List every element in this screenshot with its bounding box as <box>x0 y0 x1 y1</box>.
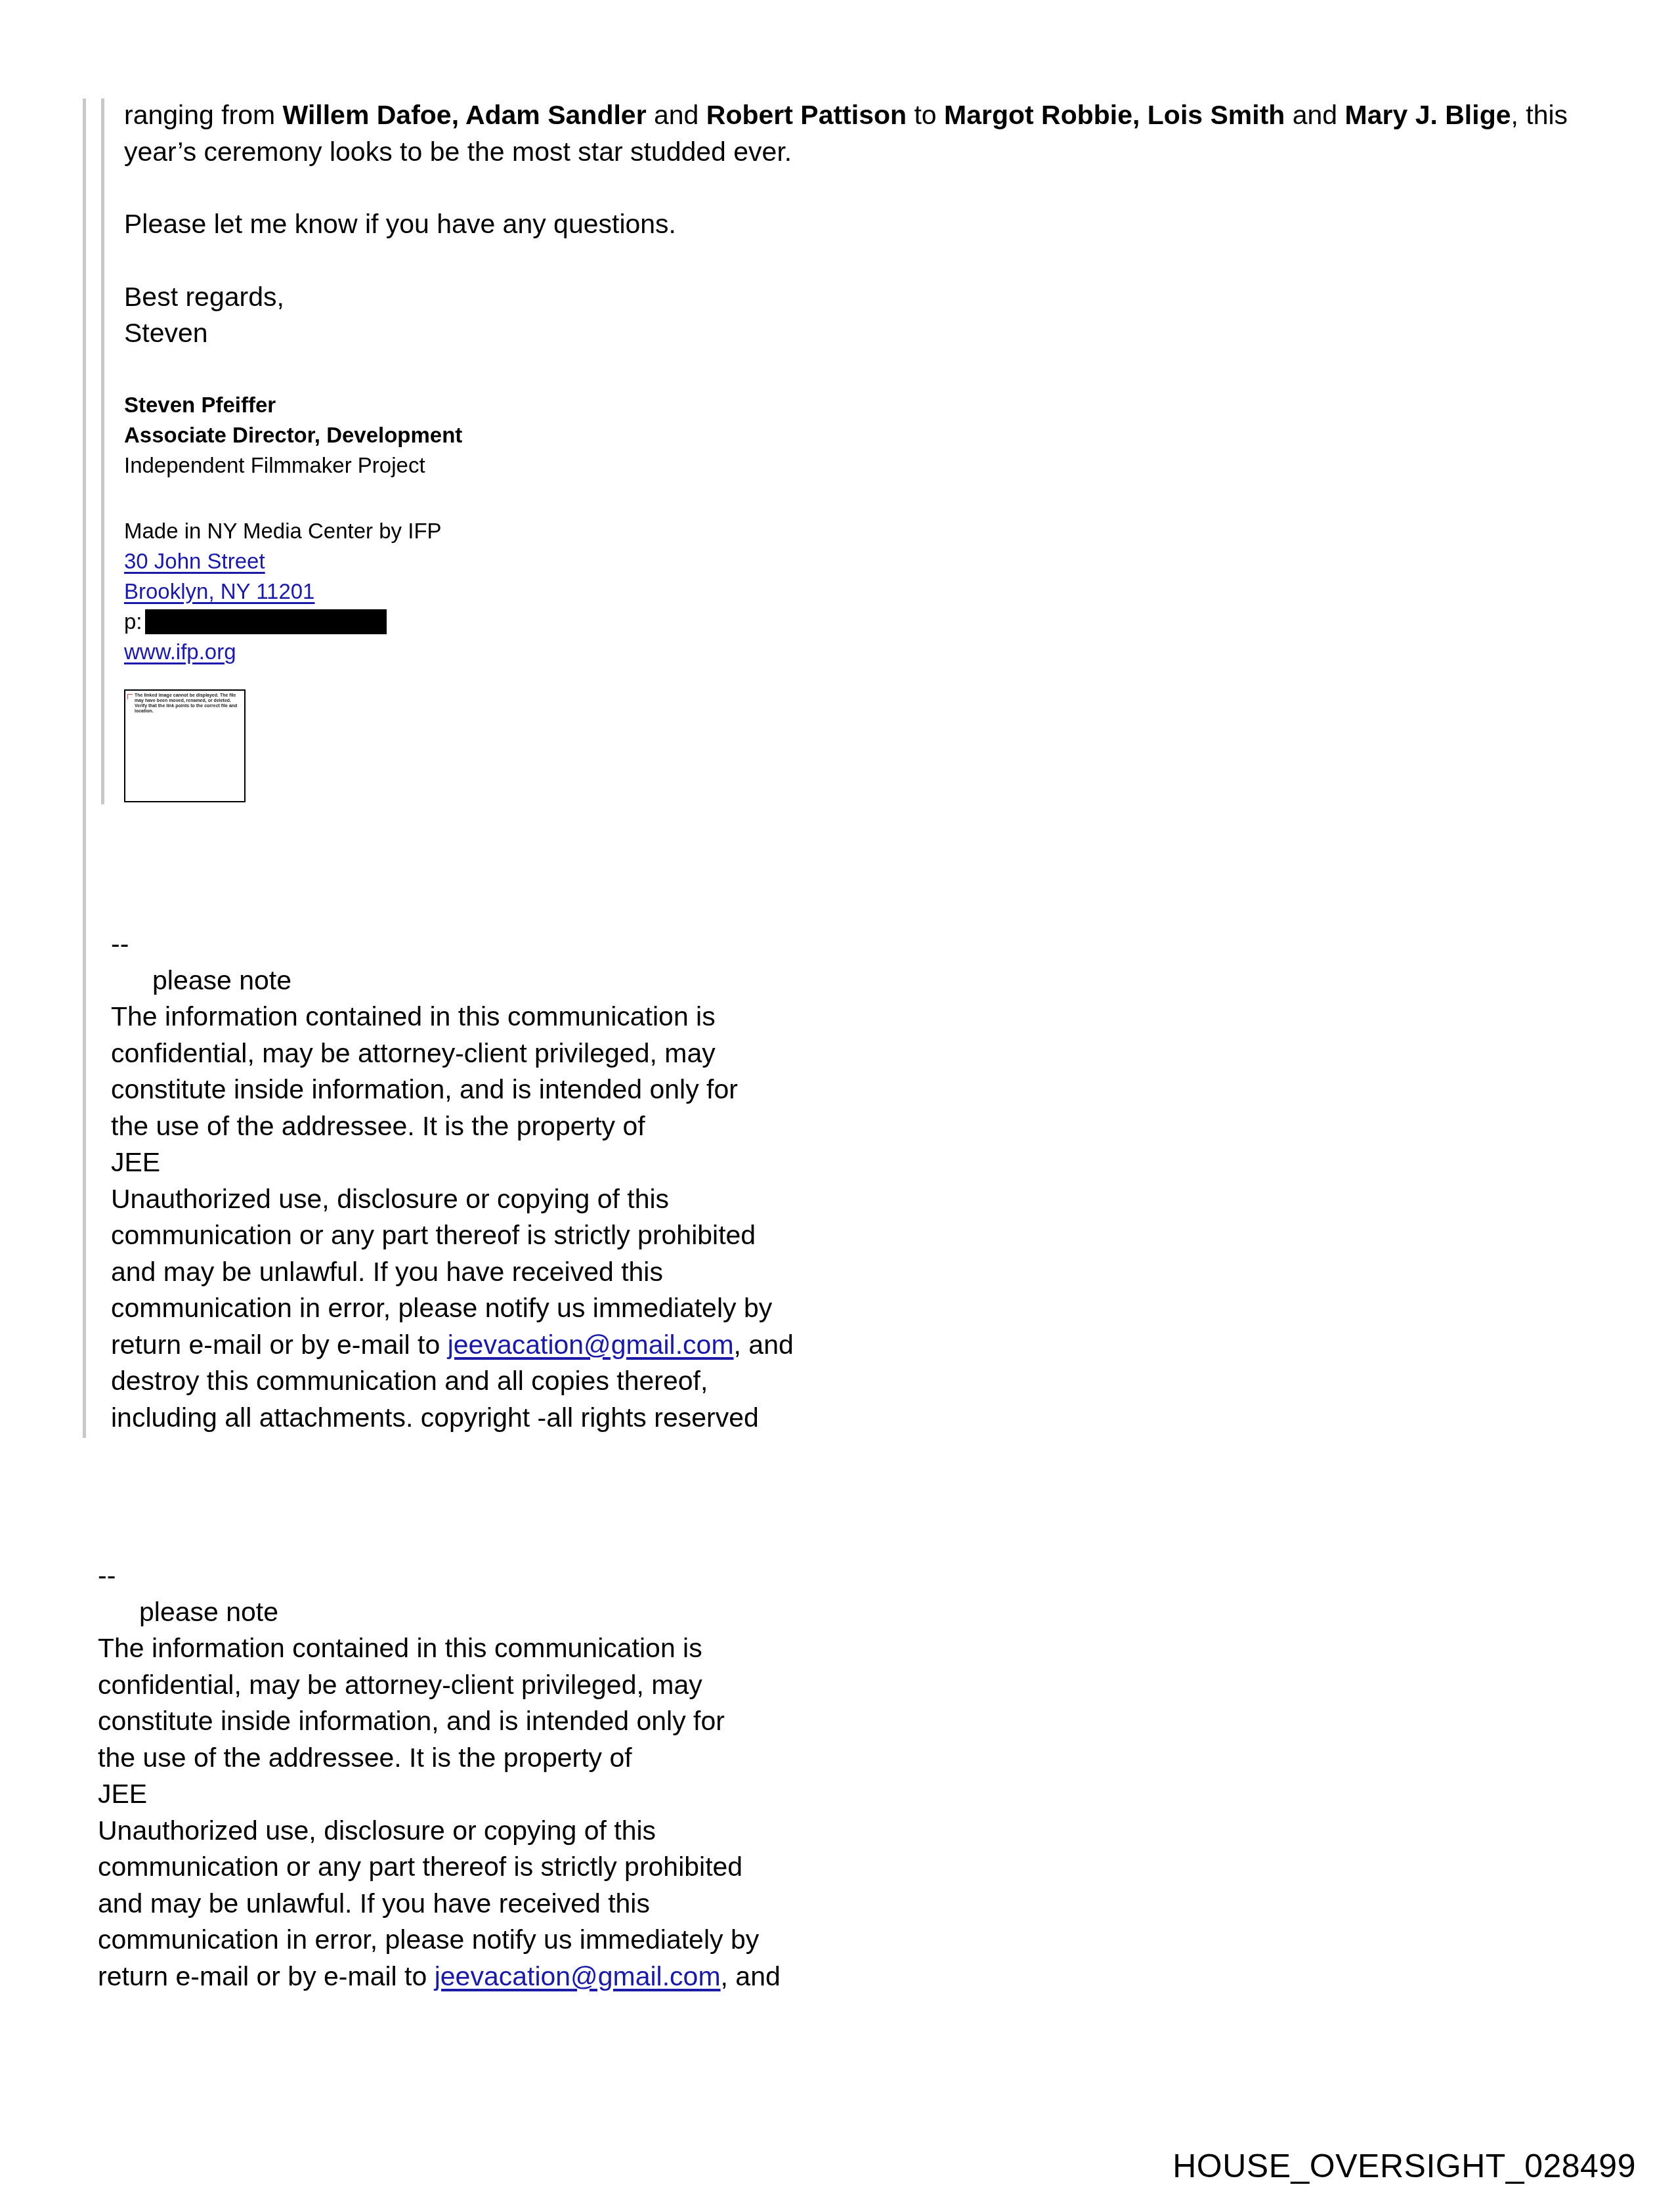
email-line-suffix: , and <box>721 1961 781 1991</box>
signature-venue: Made in NY Media Center by IFP <box>124 516 462 546</box>
disclaimer-closing-lines: destroy this communication and all copie… <box>111 1363 794 1436</box>
disclaimer-line: communication or any part thereof is str… <box>111 1217 794 1254</box>
disclaimer-line: and may be unlawful. If you have receive… <box>111 1254 794 1291</box>
quoted-message-body: ranging from Willem Dafoe, Adam Sandler … <box>124 97 1568 352</box>
disclaimer-email-line: return e-mail or by e-mail to jeevacatio… <box>111 1327 794 1364</box>
actor-names: Margot Robbie, Lois Smith <box>944 100 1285 130</box>
actor-names: Mary J. Blige <box>1345 100 1511 130</box>
actor-names: Robert Pattison <box>706 100 907 130</box>
disclaimer-separator: -- <box>98 1557 781 1594</box>
disclaimer-line: Unauthorized use, disclosure or copying … <box>111 1181 794 1218</box>
disclaimer-email-line: return e-mail or by e-mail to jeevacatio… <box>98 1959 781 1995</box>
email-line-suffix: , and <box>734 1330 794 1360</box>
bates-number: HOUSE_OVERSIGHT_028499 <box>1172 2147 1636 2185</box>
signature-title: Associate Director, Development <box>124 420 462 450</box>
disclaimer-lines: The information contained in this commun… <box>111 999 794 1327</box>
disclaimer-separator: -- <box>111 926 794 963</box>
phone-row: p: <box>124 607 462 637</box>
disclaimer-heading: please note <box>98 1594 781 1631</box>
intro-text: and <box>1285 100 1344 130</box>
disclaimer-line: communication or any part thereof is str… <box>98 1849 781 1886</box>
disclaimer-line: JEE <box>111 1144 794 1181</box>
intro-text: ranging from <box>124 100 283 130</box>
intro-line-1: ranging from Willem Dafoe, Adam Sandler … <box>124 97 1568 134</box>
closing-line: Best regards, <box>124 279 1568 316</box>
disclaimer-line: The information contained in this commun… <box>111 999 794 1035</box>
disclaimer-email-link[interactable]: jeevacation@gmail.com <box>448 1330 734 1360</box>
disclaimer-line: communication in error, please notify us… <box>111 1290 794 1327</box>
address-line1-link[interactable]: 30 John Street <box>124 549 265 573</box>
broken-image-placeholder: The linked image cannot be displayed. Th… <box>124 689 246 802</box>
broken-image-icon <box>127 694 133 699</box>
sender-first-name: Steven <box>124 315 1568 352</box>
actor-names: Willem Dafoe, Adam Sandler <box>283 100 647 130</box>
intro-line-2: year’s ceremony looks to be the most sta… <box>124 134 1568 171</box>
email-line-prefix: return e-mail or by e-mail to <box>111 1330 448 1360</box>
disclaimer-email-link[interactable]: jeevacation@gmail.com <box>435 1961 721 1991</box>
disclaimer-line: JEE <box>98 1776 781 1813</box>
disclaimer-lines: The information contained in this commun… <box>98 1630 781 1959</box>
disclaimer-2: -- please note The information contained… <box>98 1557 781 1995</box>
disclaimer-line: confidential, may be attorney-client pri… <box>98 1667 781 1704</box>
broken-image-text: The linked image cannot be displayed. Th… <box>135 693 242 714</box>
disclaimer-line: Unauthorized use, disclosure or copying … <box>98 1813 781 1850</box>
outer-quote-bar <box>83 98 86 1438</box>
disclaimer-line: confidential, may be attorney-client pri… <box>111 1035 794 1072</box>
disclaimer-line: The information contained in this commun… <box>98 1630 781 1667</box>
disclaimer-1: -- please note The information contained… <box>111 926 794 1436</box>
disclaimer-line: the use of the addressee. It is the prop… <box>98 1740 781 1777</box>
website-link[interactable]: www.ifp.org <box>124 640 236 664</box>
disclaimer-line: constitute inside information, and is in… <box>111 1072 794 1108</box>
address-line2-link[interactable]: Brooklyn, NY 11201 <box>124 579 314 603</box>
phone-redaction <box>145 609 387 634</box>
email-line-prefix: return e-mail or by e-mail to <box>98 1961 435 1991</box>
intro-text: and <box>647 100 706 130</box>
disclaimer-line: and may be unlawful. If you have receive… <box>98 1886 781 1922</box>
email-signature: Steven Pfeiffer Associate Director, Deve… <box>124 390 462 667</box>
disclaimer-closing-line: destroy this communication and all copie… <box>111 1363 794 1400</box>
signature-name: Steven Pfeiffer <box>124 390 462 420</box>
disclaimer-closing-line: including all attachments. copyright -al… <box>111 1400 794 1437</box>
disclaimer-line: constitute inside information, and is in… <box>98 1703 781 1740</box>
intro-text: to <box>907 100 944 130</box>
signature-organization: Independent Filmmaker Project <box>124 450 462 481</box>
disclaimer-line: communication in error, please notify us… <box>98 1922 781 1959</box>
disclaimer-heading: please note <box>111 963 794 999</box>
intro-text: , this <box>1511 100 1568 130</box>
questions-line: Please let me know if you have any quest… <box>124 206 1568 243</box>
disclaimer-line: the use of the addressee. It is the prop… <box>111 1108 794 1145</box>
phone-label: p: <box>124 609 142 634</box>
inner-quote-bar <box>101 98 104 804</box>
